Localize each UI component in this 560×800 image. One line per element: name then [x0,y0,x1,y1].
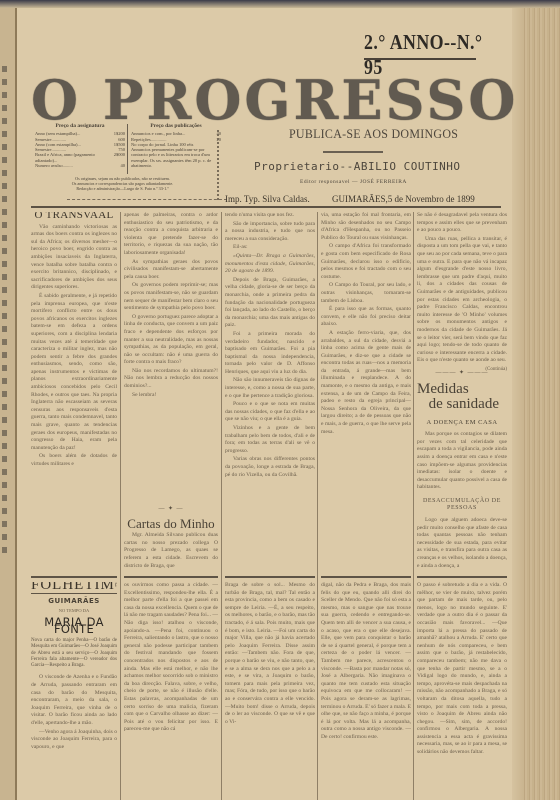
article-paragraph: via, uma estação foi mal frontaria, em M… [321,212,411,242]
article-paragraph: As sympathias geraes dos povos civilisad… [124,259,218,282]
issue-underline [364,58,476,60]
article-dateline: «Quinta—Dr. Braga a Guimarães, monumento… [225,253,315,276]
folhetim-summary: Nova carta do major Penha—O barão de Mes… [31,638,117,669]
decorative-ornament [217,130,227,200]
publication-prices: Preço das publicações Annuncios e com., … [131,124,221,168]
editor-line: Editor responsavel — JOSÉ FERREIRA [300,179,407,185]
decorative-scroll-line [67,194,227,200]
article-signoff: Se lembra! [124,392,218,400]
dinkus-ornament: — ✦ — [124,506,218,514]
folhetim-continuation-3: Braga de sobre o sol... Mesmo do turbão … [225,582,315,767]
article-paragraph: O governo portuguez parece adoptar a lin… [124,314,218,367]
folhetim-continuation-5: O passo é sobretudo a dia e a vida. O mê… [417,582,507,757]
tagline: PUBLICA-SE AOS DOMINGOS [289,126,458,142]
section-rule [31,576,117,578]
subheading-doenca: A DOENÇA EM CASA [417,419,507,427]
article-paragraph: apenas de palmeiras, contra o ardor enth… [124,212,218,258]
printer-line: Imp. Typ. Silva Caldas. [225,194,310,204]
column-rule [221,212,222,800]
scan-top-shadow [0,0,560,8]
article-paragraph: Logo que alguem adoeca deve-se pedir mui… [417,517,507,570]
proprietor-line: Proprietario--ABILIO COUTINHO [254,160,461,173]
column-rule [317,212,318,800]
tagline-rule [323,151,383,153]
folhetim-continuation-2: os ouvirmos como passa a cidade. —Excell… [124,582,218,767]
section-rule [417,576,507,578]
article-heading-cartas: Cartas do Minho [124,520,218,528]
article-paragraph: Não nos recordamos do ultimatum?! Não no… [124,368,218,391]
article-paragraph: É para isso que as formas, quanto convem… [321,306,411,329]
article-paragraph: Os boers além de dotados de virtudes mil… [31,453,117,468]
article-paragraph: Varias obras nos differentes pontos da p… [225,456,315,479]
column-5: Se não é desagradavel pela ventura dos t… [417,212,507,372]
folhetim-heading: FOLHETIM(99) [31,582,117,590]
previous-page-edge [0,8,16,800]
article-paragraph: Os governos podem reprimir-se; mas os po… [124,282,218,312]
section-rule [124,576,218,578]
article-paragraph: Se não é desagradavel pela ventura dos t… [417,212,507,235]
price-row: Numero avulso.........40 [35,163,125,168]
article-paragraph: Mgr. Almeida Silvano publicou duas carta… [124,532,218,570]
article-paragraph: Pouco e o que se nota em muitas das noss… [225,401,315,424]
subscription-prices: Preço da assignatura Anno (sem estampilh… [35,124,125,168]
column-rule [120,212,121,800]
article-heading-transvaal: O TRANSVAAL [31,212,117,220]
article-paragraph: Uma das ruas, pellica a transitar, é dis… [417,236,507,365]
folhetim-text: digal, não da Pedra e Braga, dos mais fe… [321,582,411,741]
article-paragraph: Depois de Braga, Guimarães, a velha cida… [225,277,315,330]
article-paragraph: Vão caminhando victoriosas as armas dos … [31,224,117,292]
section-rule [321,576,411,578]
folhetim-subheading: GUIMARÃES [31,598,117,606]
article-paragraph: Vizinhos e a gente de bem trabalham pelo… [225,425,315,455]
section-rule [225,576,315,578]
dateline: GUIMARÃES,5 de Novembro de 1899 [332,194,475,204]
article-paragraph: A estação ferro-viaria, que, dos arrabal… [321,330,411,436]
cartas-section: — ✦ — Cartas do Minho Mgr. Almeida Silva… [124,502,218,580]
binding-stitch-marks [2,66,8,560]
price-footer-notes: Os originaes, sejam ou não publicados, n… [35,176,210,191]
publications-heading: Preço das publicações [131,124,221,129]
article-paragraph: Eil-as: [225,244,315,252]
column-1: O TRANSVAAL Vão caminhando victoriosas a… [31,212,117,572]
folhetim-text: O passo é sobretudo a dia e a vida. O mê… [417,582,507,757]
article-paragraph: São de importancia, sobre tudo para a no… [225,221,315,244]
article-paragraph: É sabido geralmente, e já repetido pela … [31,293,117,452]
dinkus-ornament: ——— ✦ ——— [417,370,507,378]
column-rule [413,212,414,800]
article-paragraph: Mas porque os contagios se dilatem por v… [417,431,507,492]
newspaper-scan: 2.° ANNO--N.° 95 O PROGRESSO Preço da as… [0,0,560,800]
folhetim-text: os ouvirmos como passa a cidade. —Excell… [124,582,218,734]
article-paragraph: O campo d'Africa foi transformado e gost… [321,243,411,281]
newspaper-page: 2.° ANNO--N.° 95 O PROGRESSO Preço da as… [17,8,512,800]
folhetim-title: MARIA DA FONTE [31,619,117,634]
page-stack-edge [512,8,560,800]
folhetim-continuation-4: digal, não da Pedra e Braga, dos mais fe… [321,582,411,767]
subscription-heading: Preço da assignatura [35,124,125,129]
article-paragraph: tendo n'uma visita que nos fez. [225,212,315,220]
medidas-section: ——— ✦ ——— Medidas de sanidade A DOENÇA E… [417,366,507,572]
column-3: tendo n'uma visita que nos fez. São de i… [225,212,315,574]
price-row: Brazil e Africa, anno (pagamento adianta… [35,152,125,163]
folhetim-paragraph: —Venho agora á Joaquinha, dois o viscond… [31,729,117,752]
header-rule [31,206,501,208]
subheading-desaccumulacao: DESACCUMULAÇÃO DE PESSOAS [417,498,507,512]
price-divider [127,124,128,174]
column-4: via, uma estação foi mal frontaria, em M… [321,212,411,574]
folhetim-paragraph: O visconde de Azenha e o Fundão de Arrud… [31,674,117,727]
publications-note: Annuncios permanentes publicam-se por co… [131,147,221,168]
folhetim-section: FOLHETIM(99) GUIMARÃES NO TEMPO DA MARIA… [31,582,117,797]
article-paragraph: Foi a primeira morada do verdadeiro fund… [225,331,315,377]
folhetim-text: Braga de sobre o sol... Mesmo do turbão … [225,582,315,726]
article-heading-medidas: Medidas de sanidade [417,382,507,412]
article-paragraph: O Campo do Toural, por seu lado, e outra… [321,282,411,305]
folhetim-small-caption: NO TEMPO DA [31,607,117,615]
article-paragraph: Não são innumeraveis tão dignas de inter… [225,377,315,400]
column-2: apenas de palmeiras, contra o ardor enth… [124,212,218,512]
